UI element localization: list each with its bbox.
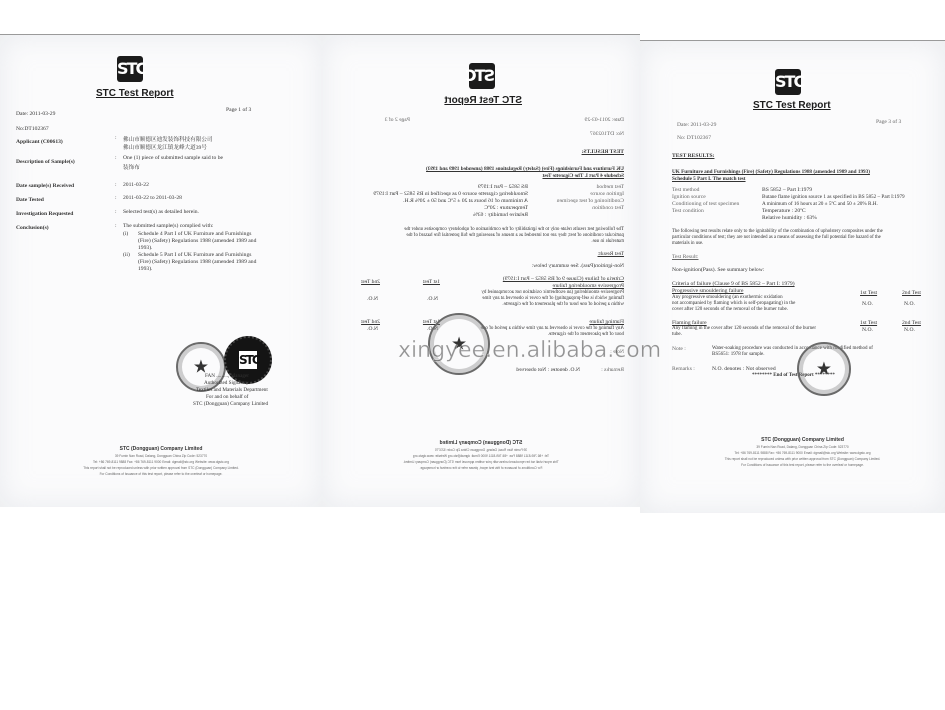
footer-address: 39 Fumin Nan Road, Dalang, Dongguan Chin… <box>30 454 292 458</box>
method-label: Test method <box>672 187 699 193</box>
note-label: Note : <box>672 346 686 352</box>
footer-note: For Conditions of Issuance of this test … <box>680 463 925 467</box>
section-heading: TEST RESULTS: <box>582 149 624 155</box>
method-value: Butane flame ignition source 1 as specif… <box>762 194 905 200</box>
report-date: Date: 2011-03-29 <box>16 111 55 117</box>
page-footer: STC (Dongguan) Company Limited 39 Fumin … <box>680 437 925 467</box>
remarks-value: N.O. denotes : Not observed <box>712 366 776 372</box>
field-label-tested: Date Tested <box>16 197 44 203</box>
report-number: No:DT102367 <box>16 126 49 132</box>
conclusion-line: 1993). <box>138 245 152 251</box>
method-label: Test method <box>597 184 624 190</box>
report-date: Date: 2011-03-29 <box>677 122 716 128</box>
footer-contact: Tel: +86 769-8111 9888 Fax: +86 769-8111… <box>30 460 292 464</box>
signatory-company: STC (Dongguan) Company Limited <box>193 401 268 407</box>
failure-desc: not accompanied by flaming which is self… <box>672 301 795 306</box>
method-value: Smouldering cigarette source 0 as specif… <box>373 191 528 197</box>
stc-logo: STC <box>117 56 143 82</box>
method-label: Conditioning of test specimen <box>672 201 739 207</box>
field-label-received: Date sample(s) Received <box>16 183 74 189</box>
conclusion-line: 1993). <box>138 266 152 272</box>
field-colon: : <box>115 195 117 201</box>
tested-value: 2011-03-22 to 2011-03-28 <box>123 195 182 201</box>
method-value: A minimum of 16 hours at 20 ± 5ºC and 50… <box>762 201 878 207</box>
disclaimer-line: The following test results relate only t… <box>404 227 624 232</box>
stc-logo: STC <box>469 63 495 89</box>
footer-note: For Conditions of Issuance of this test … <box>30 472 292 476</box>
schedule-heading: Schedule 4 Part I. The Cigarette Test <box>542 173 624 179</box>
failure-name: Progressive smouldering failure <box>553 283 624 289</box>
method-label: Ignition source <box>672 194 706 200</box>
conclusion-line: Schedule 4 Part I of UK Furniture and Fu… <box>138 231 251 237</box>
note-line: Water-soaking procedure was conducted in… <box>712 346 873 351</box>
remarks-label: Remarks : <box>672 366 695 372</box>
conclusion-num: (ii) <box>123 252 130 258</box>
result-heading: Test Result: <box>598 251 625 257</box>
conclusion-value: The submitted sample(s) complied with: <box>123 223 213 229</box>
disclaimer-line: The following test results relate only t… <box>672 229 883 234</box>
field-label-applicant: Applicant (C00613) <box>16 139 63 145</box>
conclusion-line: (Fire) (Safety) Regulations 1988 (amende… <box>138 259 256 265</box>
schedule-heading: Schedule 5 Part I. The match test <box>672 176 746 182</box>
test-result: N.O. <box>427 296 438 302</box>
failure-desc: flaming which is self-propagating) of th… <box>482 296 624 301</box>
footer-contact: Tel: +86 769-8111 9888 Fax: +86 769-8111… <box>352 454 610 458</box>
method-value: Temperature : 20ºC <box>484 205 528 211</box>
received-value: 2011-03-22 <box>123 182 149 188</box>
footer-note: This report shall not be reproduced unle… <box>680 457 925 461</box>
report-page-2: STC STC Test Report Date: 2011-03-29 Pag… <box>322 34 640 507</box>
conclusion-line: (Fire) (Safety) Regulations 1988 (amende… <box>138 238 256 244</box>
field-colon: : <box>115 155 117 161</box>
test-result: N.O. <box>862 327 873 333</box>
report-date: Date: 2011-03-29 <box>585 117 624 123</box>
failure-desc: Progressive smouldering (an exothermic o… <box>481 290 624 295</box>
test-header: 2nd Test <box>361 319 380 325</box>
footer-note: For Conditions of Issuance of this test … <box>352 466 610 470</box>
failure-desc: Any flaming of the cover is observed at … <box>481 326 624 331</box>
company-stamp: ★ <box>797 342 851 396</box>
field-label-investigation: Investigation Requested <box>16 211 73 217</box>
failure-desc: Any flaming in the cover after 120 secon… <box>672 326 816 331</box>
page-footer: STC (Dongguan) Company Limited 39 Fumin … <box>30 446 292 476</box>
failure-desc: tube. <box>672 332 682 337</box>
page-number: Page 3 of 3 <box>876 119 901 125</box>
page-footer: STC (Dongguan) Company Limited 39 Fumin … <box>352 440 610 470</box>
star-icon: ★ <box>816 359 832 380</box>
field-colon: : <box>115 135 117 141</box>
test-header: 2nd Test <box>902 320 921 326</box>
criteria-heading: Criteria of failure (Clause 9 of BS 5852… <box>503 276 624 282</box>
stc-logo: STC <box>775 69 801 95</box>
stc-logo: STC <box>239 351 257 369</box>
signatory-behalf: For and on behalf of <box>206 394 248 400</box>
field-label-description: Description of Sample(s) <box>16 159 75 165</box>
disclaimer-line: particular conditions of test; they are … <box>406 233 624 238</box>
conclusion-line: Schedule 5 Part I of UK Furniture and Fu… <box>138 252 251 258</box>
applicant-address: 佛山市顺德区龙江镇龙峰大道39号 <box>123 143 207 151</box>
disclaimer-line: particular conditions of test; they are … <box>672 235 881 240</box>
test-header: 1st Test <box>423 279 440 285</box>
description-value-cn: 装饰布 <box>123 163 140 171</box>
result-heading: Test Result: <box>672 254 699 260</box>
conclusion-num: (i) <box>123 231 128 237</box>
signatory-name: FAN ........., Manager <box>205 373 249 379</box>
report-number: No: DT102367 <box>590 131 624 137</box>
footer-address: 39 Fumin Nan Road, Dalang, Dongguan Chin… <box>352 448 610 452</box>
report-title: STC Test Report <box>96 88 174 99</box>
test-result: N.O. <box>904 301 915 307</box>
report-page-1: STC STC Test Report Date: 2011-03-29 Pag… <box>0 34 322 507</box>
report-page-3: STC STC Test Report Date: 2011-03-29 Pag… <box>640 40 945 513</box>
remarks-value: N.O. denotes : Not observed <box>516 367 580 373</box>
remarks-label: Remarks : <box>601 367 624 373</box>
test-header: 2nd Test <box>361 279 380 285</box>
footer-company: STC (Dongguan) Company Limited <box>680 437 925 443</box>
description-value: One (1) piece of submitted sample said t… <box>123 155 223 161</box>
method-label: Test condition <box>672 208 704 214</box>
report-title: STC Test Report <box>444 95 522 106</box>
method-value: BS 5852 – Part I:1979 <box>478 184 528 190</box>
method-value: Relative humidity : 63% <box>473 212 528 218</box>
section-heading: TEST RESULTS: <box>672 153 714 159</box>
footer-address: 39 Fumin Nan Road, Dalang, Dongguan Chin… <box>680 445 925 449</box>
report-title: STC Test Report <box>753 100 831 111</box>
method-label: Conditioning of test specimen <box>557 198 624 204</box>
test-result: N.O. <box>904 327 915 333</box>
report-number: No: DT102367 <box>677 135 711 141</box>
footer-company: STC (Dongguan) Company Limited <box>30 446 292 452</box>
result-summary: Non-ignition(Pass). See summary below: <box>672 267 764 273</box>
method-value: Temperature : 20ºC <box>762 208 806 214</box>
field-colon: : <box>115 209 117 215</box>
field-label-conclusion: Conclusion(s) <box>16 225 49 231</box>
footer-company: STC (Dongguan) Company Limited <box>352 440 610 446</box>
signatory-title: Authorized Signatory <box>204 380 249 386</box>
failure-desc: within a period of one hour of the place… <box>502 302 624 307</box>
test-result: N.O. <box>862 301 873 307</box>
field-colon: : <box>115 182 117 188</box>
method-value: BS 5852 – Part I:1979 <box>762 187 812 193</box>
test-result: N.O. <box>367 326 378 332</box>
regulation-heading: UK Furniture and Furnishings (Fire) (Saf… <box>672 169 870 175</box>
failure-name: Flaming failure <box>589 319 624 325</box>
criteria-heading: Criteria of failure (Clause 9 of BS 5852… <box>672 281 795 287</box>
disclaimer-line: materials in use. <box>672 241 703 246</box>
signatory-department: Textiles and Materials Department <box>196 387 268 393</box>
watermark-text: xingyee.en.alibaba.com <box>398 338 661 363</box>
test-header: 1st Test <box>860 290 877 296</box>
method-value: A minimum of 16 hours at 20 ± 5ºC and 50… <box>403 198 528 204</box>
test-result: N.O. <box>367 296 378 302</box>
field-colon: : <box>115 223 117 229</box>
method-value: Relative humidity : 63% <box>762 215 817 221</box>
note-line: BS5651: 1978 for sample. <box>712 352 765 357</box>
test-header: 1st Test <box>860 320 877 326</box>
applicant-name: 佛山市顺德区迪发装饰科技有限公司 <box>123 135 213 143</box>
failure-desc: hour of the placement of the cigarette. <box>548 332 624 337</box>
page-number: Page 1 of 3 <box>226 107 251 113</box>
page-number: Page 2 of 3 <box>385 117 410 123</box>
failure-name: Progressive smouldering failure <box>672 288 743 294</box>
footer-contact: Tel: +86 769-8111 9888 Fax: +86 769-8111… <box>680 451 925 455</box>
result-summary: Non-ignition(Pass). See summary below: <box>532 263 624 269</box>
method-label: Test condition <box>592 205 624 211</box>
failure-desc: Any progressive smouldering (an exotherm… <box>672 295 783 300</box>
footer-note: This report shall not be reproduced unle… <box>30 466 292 470</box>
footer-note: This report shall not be reproduced unle… <box>352 460 610 464</box>
investigation-value: Selected test(s) as detailed herein. <box>123 209 199 215</box>
regulation-heading: UK Furniture and Furnishings (Fire) (Saf… <box>426 166 624 172</box>
test-header: 2nd Test <box>902 290 921 296</box>
method-label: Ignition source <box>590 191 624 197</box>
disclaimer-line: materials in use. <box>591 239 624 244</box>
failure-desc: cover after 120 seconds of the removal o… <box>672 307 788 312</box>
